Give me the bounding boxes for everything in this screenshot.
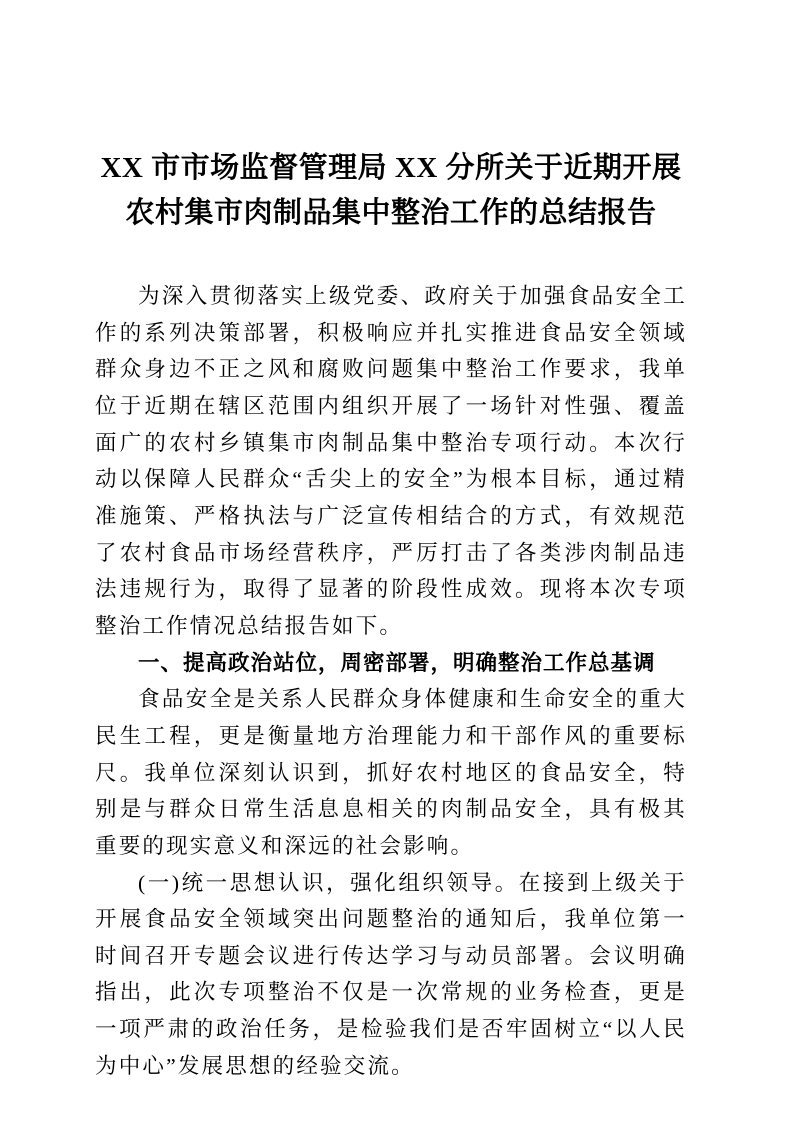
section-1-paragraph: 食品安全是关系人民群众身体健康和生命安全的重大民生工程，更是衡量地方治理能力和干… [95,681,687,864]
intro-paragraph: 为深入贯彻落实上级党委、政府关于加强食品安全工作的系列决策部署，积极响应并扎实推… [95,278,687,645]
section-1-heading: 一、提高政治站位，周密部署，明确整治工作总基调 [95,645,687,682]
document-title: XX 市市场监督管理局 XX 分所关于近期开展农村集市肉制品集中整治工作的总结报… [95,146,687,236]
subsection-1-paragraph: (一)统一思想认识，强化组织领导。在接到上级关于开展食品安全领域突出问题整治的通… [95,865,687,1085]
document-page: XX 市市场监督管理局 XX 分所关于近期开展农村集市肉制品集中整治工作的总结报… [0,0,793,1122]
